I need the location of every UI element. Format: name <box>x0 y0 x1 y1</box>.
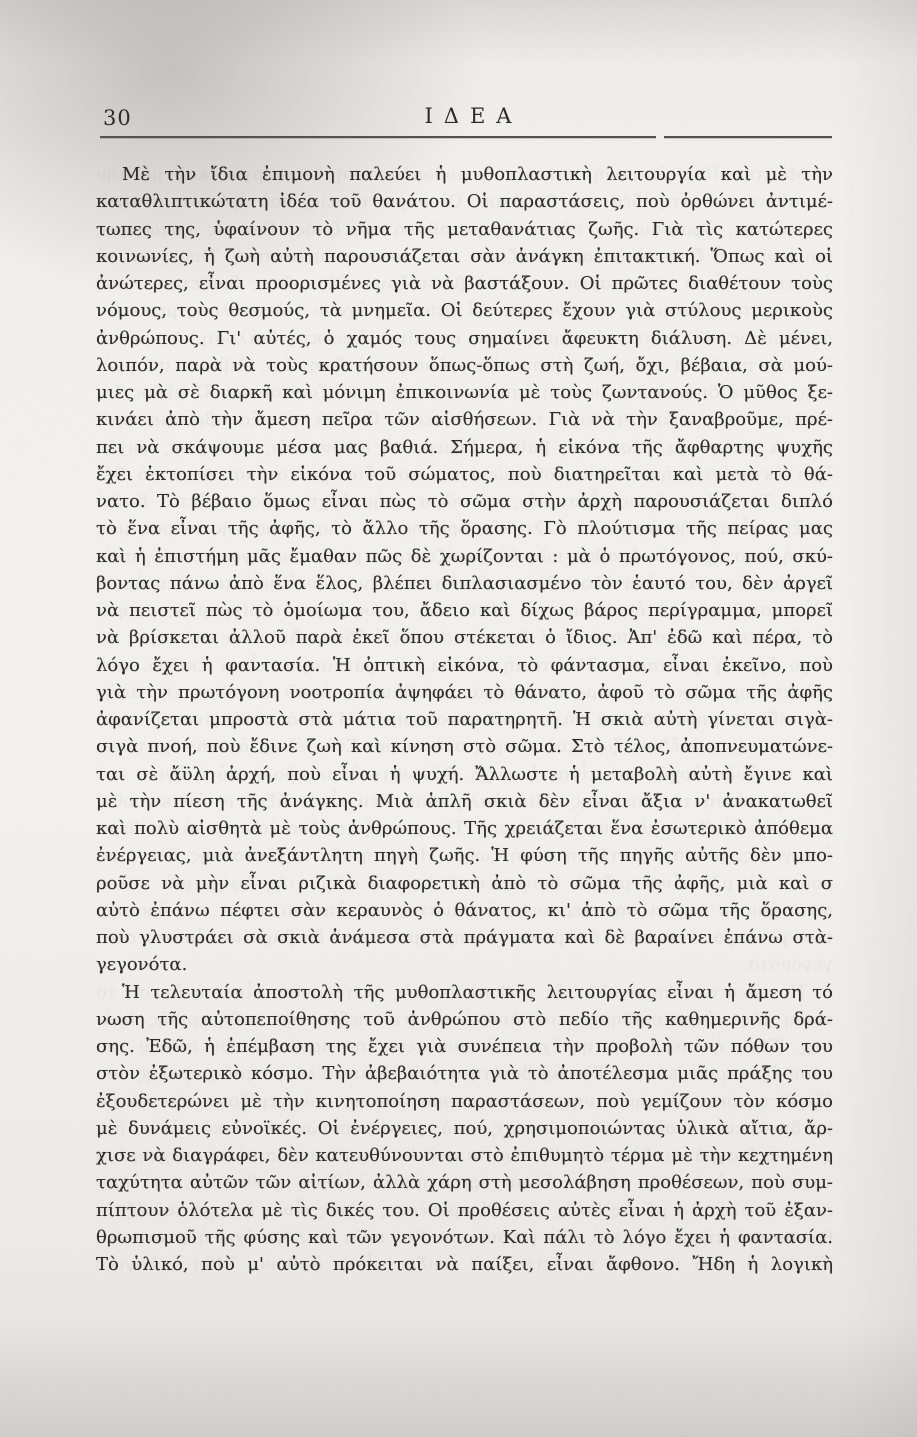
scan-shadow-right <box>837 0 917 1437</box>
text-line: Ἡ τελευταία ἀποστολὴ τῆς μυθοπλαστικῆς λ… <box>96 979 833 1006</box>
text-line: καὶ ἡ ἐπιστήμη μᾶς ἔμαθαν πῶς δὲ χωρίζον… <box>96 543 833 570</box>
text-line: νὰ βρίσκεται ἀλλοῦ παρὰ ἐκεῖ ὅπου στέκετ… <box>96 624 833 651</box>
text-line: ἀφανίζεται μπροστὰ στὰ μάτια τοῦ παρατηρ… <box>96 706 833 733</box>
scanned-page: 30 ΙΔΕΑ Μὲ τὴν ἴδια ἐπιμονὴ παλεύει ἡ μυ… <box>0 0 917 1437</box>
text-line: νόμους, τοὺς θεσμούς, τὰ μνημεῖα. Οἱ δεύ… <box>96 297 833 324</box>
text-line: νωση τῆς αὐτοπεποίθησης τοῦ ἀνθρώπου στὸ… <box>96 1006 833 1033</box>
text-line: μὲ τὴν πίεση τῆς ἀνάγκης. Μιὰ ἁπλῆ σκιὰ … <box>96 788 833 815</box>
text-line: λοιπόν, παρὰ νὰ τοὺς κρατήσουν ὅπως-ὅπως… <box>96 352 833 379</box>
text-line: ἀνθρώπους. Γι' αὐτές, ὁ χαμός τους σημαί… <box>96 325 833 352</box>
text-line: σης. Ἐδῶ, ἡ ἐπέμβαση της ἔχει γιὰ συνέπε… <box>96 1033 833 1060</box>
text-line: κοινωνίες, ἡ ζωὴ αὐτὴ παρουσιάζεται σὰν … <box>96 243 833 270</box>
text-line: τὸ ἕνα εἶναι τῆς ἀφῆς, τὸ ἄλλο τῆς ὅραση… <box>96 515 833 542</box>
text-line: ἀνώτερες, εἶναι προορισμένες γιὰ νὰ βαστ… <box>96 270 833 297</box>
text-line: ἐνέργειας, μιὰ ἀνεξάντλητη πηγὴ ζωῆς. Ἡ … <box>96 842 833 869</box>
page-text: Μὲ τὴν ἴδια ἐπιμονὴ παλεύει ἡ μυθοπλαστι… <box>96 161 833 1278</box>
text-line: νατο. Τὸ βέβαιο ὅμως εἶναι πὼς τὸ σῶμα σ… <box>96 488 833 515</box>
text-line: αὐτὸ ἐπάνω πέφτει σὰν κεραυνὸς ὁ θάνατος… <box>96 897 833 924</box>
text-line: βοντας πάνω ἀπὸ ἕνα ἕλος, βλέπει διπλασι… <box>96 570 833 597</box>
text-line: γιὰ τὴν πρωτόγονη νοοτροπία ἀψηφάει τὸ θ… <box>96 679 833 706</box>
text-line: σιγὰ πνοή, ποὺ ἔδινε ζωὴ καὶ κίνηση στὸ … <box>96 733 833 760</box>
text-line: καὶ πολὺ αἰσθητὰ μὲ τοὺς ἀνθρώπους. Τῆς … <box>96 815 833 842</box>
text-line: λόγο ἔχει ἡ φαντασία. Ἡ ὀπτικὴ εἰκόνα, τ… <box>96 652 833 679</box>
journal-title: ΙΔΕΑ <box>103 104 833 128</box>
header-rule-right <box>664 136 832 138</box>
text-line: μὲ δυνάμεις εὐνοϊκές. Οἱ ἐνέργειες, πού,… <box>96 1115 833 1142</box>
text-line: νὰ πειστεῖ πὼς τὸ ὁμοίωμα του, ἄδειο καὶ… <box>96 597 833 624</box>
text-line: θρωπισμοῦ τῆς φύσης καὶ τῶν γεγονότων. Κ… <box>96 1224 833 1251</box>
text-line: μιες μὰ σὲ διαρκῆ καὶ μόνιμη ἐπικοινωνία… <box>96 379 833 406</box>
text-line: Τὸ ὑλικό, ποὺ μ' αὐτὸ πρόκειται νὰ παίξε… <box>96 1251 833 1278</box>
text-line: Μὲ τὴν ἴδια ἐπιμονὴ παλεύει ἡ μυθοπλαστι… <box>96 161 833 188</box>
text-line: πίπτουν ὁλότελα μὲ τὶς δικές του. Οἱ προ… <box>96 1197 833 1224</box>
text-line: ἐξουδετερώνει μὲ τὴν κινητοποίηση παραστ… <box>96 1088 833 1115</box>
text-line: ποὺ γλυστράει σὰ σκιὰ ἀνάμεσα στὰ πράγμα… <box>96 924 833 951</box>
header-rule-left <box>100 136 656 138</box>
scan-shadow-bottom <box>0 1317 917 1437</box>
text-line: ἔχει ἐκτοπίσει τὴν εἰκόνα τοῦ σώματος, π… <box>96 461 833 488</box>
text-line: ταχύτητα αὐτῶν τῶν αἰτίων, ἀλλὰ χάρη στὴ… <box>96 1169 833 1196</box>
text-line: τωπες της, ὑφαίνουν τὸ νῆμα τῆς μεταθανά… <box>96 216 833 243</box>
text-line: κινάει ἀπὸ τὴν ἄμεση πεῖρα τῶν αἰσθήσεων… <box>96 406 833 433</box>
scan-shadow-top <box>0 0 917 64</box>
text-line: γεγονότα. <box>96 951 833 978</box>
text-line: πει νὰ σκάψουμε μέσα μας βαθιά. Σήμερα, … <box>96 434 833 461</box>
text-line: ροῦσε νὰ μὴν εἶναι ριζικὰ διαφορετικὴ ἀπ… <box>96 870 833 897</box>
text-line: στὸν ἐξωτερικὸ κόσμο. Τὴν ἀβεβαιότητα γι… <box>96 1060 833 1087</box>
text-line: χισε νὰ διαγράφει, δὲν κατευθύνουνται στ… <box>96 1142 833 1169</box>
text-line: ται σὲ ἄϋλη ἀρχή, ποὺ εἶναι ἡ ψυχή. Ἄλλω… <box>96 761 833 788</box>
text-line: καταθλιπτικώτατη ἰδέα τοῦ θανάτου. Οἱ πα… <box>96 188 833 215</box>
